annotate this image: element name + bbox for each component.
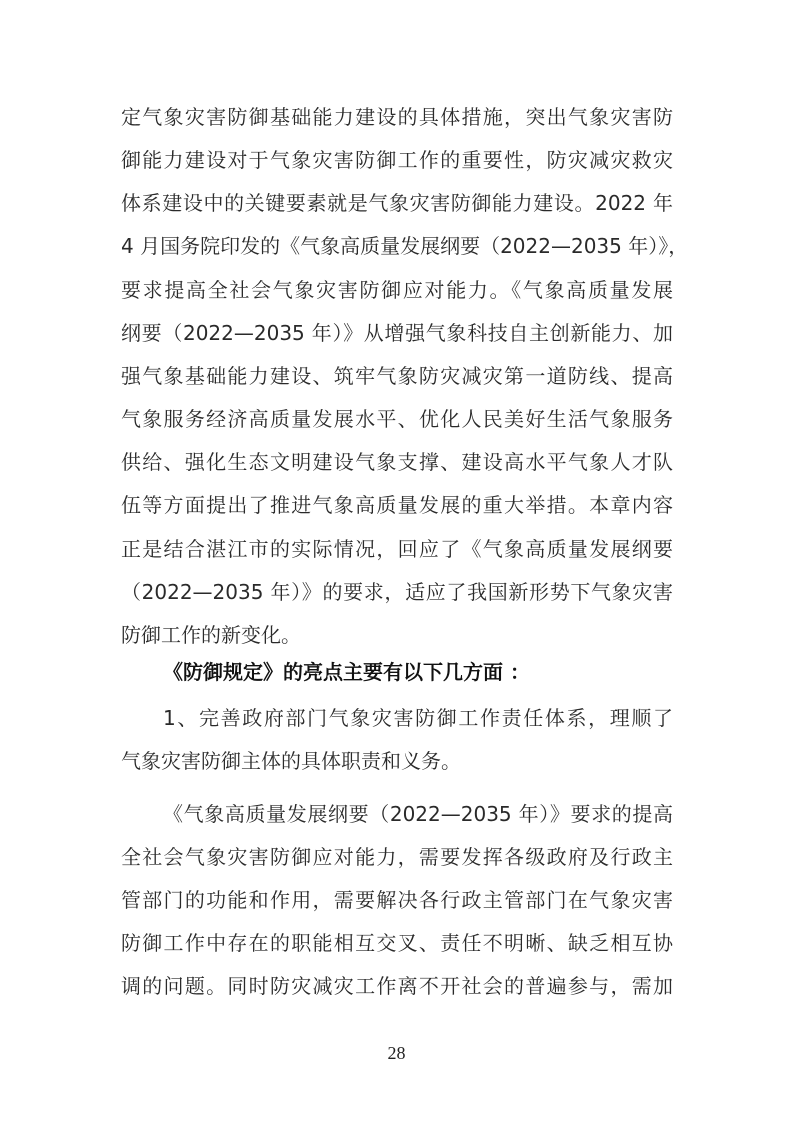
- item-1-heading-line-1: 1、完善政府部门气象灾害防御工作责任体系，理顺了: [163, 704, 673, 732]
- paragraph-1-line-1: 定气象灾害防御基础能力建设的具体措施，突出气象灾害防: [121, 103, 673, 131]
- highlights-heading: 《防御规定》的亮点主要有以下几方面 ：: [163, 658, 673, 686]
- paragraph-1-line-8: 气象服务经济高质量发展水平、优化人民美好生活气象服务: [121, 405, 673, 433]
- paragraph-2-line-4: 防御工作中存在的职能相互交叉、责任不明晰、缺乏相互协: [121, 929, 673, 957]
- paragraph-1-line-6: 纲要（2022—2035 年）》从增强气象科技自主创新能力、加: [121, 319, 673, 347]
- paragraph-2-line-1: 《气象高质量发展纲要（2022—2035 年）》要求的提高: [163, 800, 673, 828]
- paragraph-1-line-5: 要求提高全社会气象灾害防御应对能力。《气象高质量发展: [121, 276, 673, 304]
- paragraph-1-line-12: （2022—2035 年）》的要求，适应了我国新形势下气象灾害: [121, 578, 673, 606]
- paragraph-2-line-3: 管部门的功能和作用，需要解决各行政主管部门在气象灾害: [121, 886, 673, 914]
- paragraph-1-line-10: 伍等方面提出了推进气象高质量发展的重大举措。本章内容: [121, 491, 673, 519]
- paragraph-1-line-4: 4 月国务院印发的《气象高质量发展纲要（2022—2035 年）》，: [121, 232, 673, 260]
- document-page: 定气象灾害防御基础能力建设的具体措施，突出气象灾害防 御能力建设对于气象灾害防御…: [0, 0, 793, 1122]
- paragraph-1-line-7: 强气象基础能力建设、筑牢气象防灾减灾第一道防线、提高: [121, 362, 673, 390]
- paragraph-1-line-3: 体系建设中的关键要素就是气象灾害防御能力建设。2022 年: [121, 189, 673, 217]
- paragraph-1-line-2: 御能力建设对于气象灾害防御工作的重要性，防灾减灾救灾: [121, 146, 673, 174]
- paragraph-1-line-9: 供给、强化生态文明建设气象支撑、建设高水平气象人才队: [121, 448, 673, 476]
- paragraph-2-line-2: 全社会气象灾害防御应对能力，需要发挥各级政府及行政主: [121, 843, 673, 871]
- page-number: 28: [0, 1043, 793, 1064]
- paragraph-2-line-5: 调的问题。同时防灾减灾工作离不开社会的普遍参与，需加: [121, 972, 673, 1000]
- paragraph-1-line-11: 正是结合湛江市的实际情况，回应了《气象高质量发展纲要: [121, 535, 673, 563]
- item-1-heading-line-2: 气象灾害防御主体的具体职责和义务。: [121, 747, 673, 775]
- paragraph-1-line-13: 防御工作的新变化。: [121, 621, 673, 649]
